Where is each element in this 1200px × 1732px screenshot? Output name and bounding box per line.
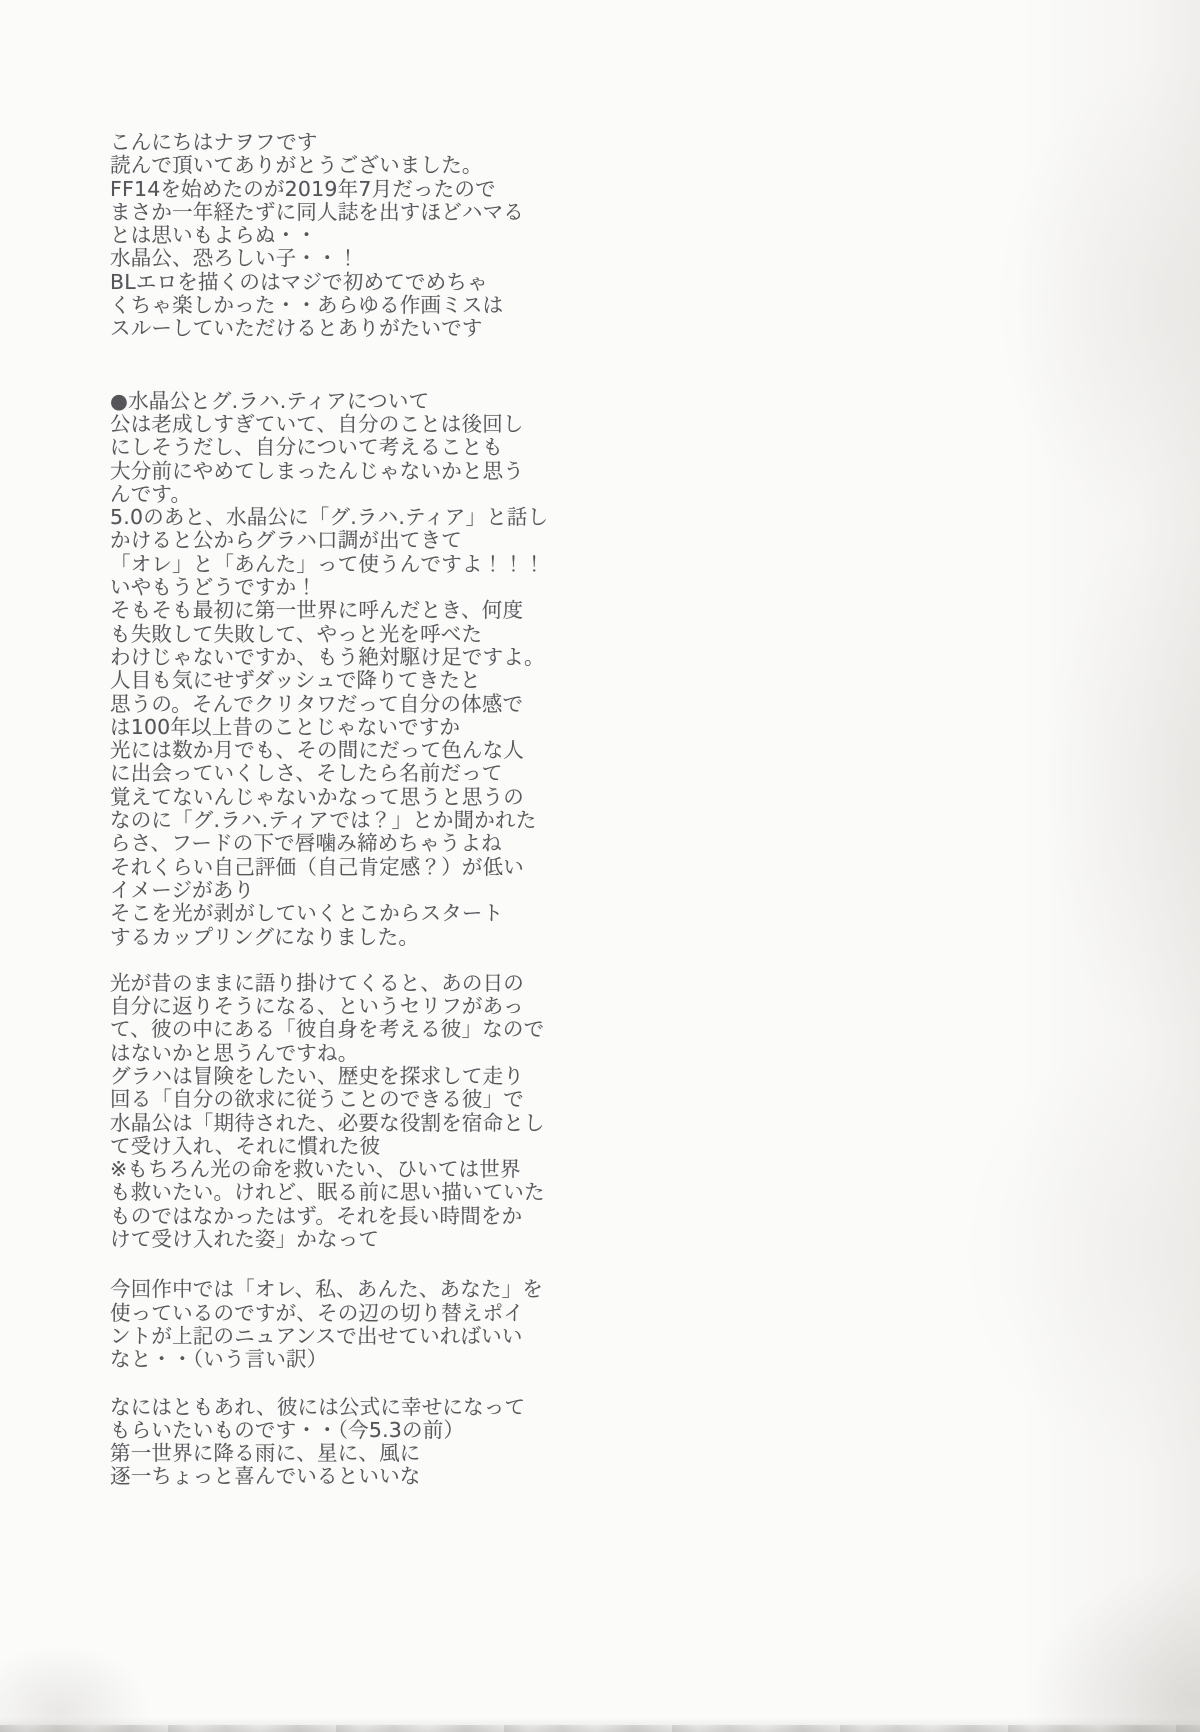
text-line: て受け入れ、それに慣れた彼	[110, 1135, 580, 1158]
text-line: なにはともあれ、彼には公式に幸せになって	[110, 1396, 580, 1419]
text-line: するカップリングになりました。	[110, 926, 580, 949]
text-line: 「オレ」と「あんた」って使うんですよ！！！	[110, 553, 580, 576]
text-line: 覚えてないんじゃないかなって思うと思うの	[110, 786, 580, 809]
text-line: かけると公からグラハ口調が出てきて	[110, 529, 580, 552]
text-line: そもそも最初に第一世界に呼んだとき、何度	[110, 599, 580, 622]
text-line: ※もちろん光の命を救いたい、ひいては世界	[110, 1158, 580, 1181]
text-line: にしそうだし、自分について考えることも	[110, 436, 580, 459]
text-line: なのに「グ.ラハ.ティアでは？」とか聞かれた	[110, 809, 580, 832]
text-line: らさ、フードの下で唇噛み締めちゃうよね	[110, 832, 580, 855]
text-line: とは思いもよらぬ・・	[110, 224, 580, 247]
paragraph: ●水晶公とグ.ラハ.ティアについて公は老成しすぎていて、自分のことは後回しにしそ…	[110, 390, 580, 949]
text-line: 今回作中では「オレ、私、あんた、あなた」を	[110, 1278, 580, 1301]
text-line: BLエロを描くのはマジで初めてでめちゃ	[110, 271, 580, 294]
text-line: 公は老成しすぎていて、自分のことは後回し	[110, 413, 580, 436]
text-line: 逐一ちょっと喜んでいるといいな	[110, 1465, 580, 1488]
text-line: くちゃ楽しかった・・あらゆる作画ミスは	[110, 294, 580, 317]
text-line: まさか一年経たずに同人誌を出すほどハマる	[110, 201, 580, 224]
text-line: 光が昔のままに語り掛けてくると、あの日の	[110, 972, 580, 995]
text-line: 光には数か月でも、その間にだって色んな人	[110, 739, 580, 762]
text-line: 水晶公、恐ろしい子・・！	[110, 247, 580, 270]
afterword-text: こんにちはナヲフです読んで頂いてありがとうございました。FF14を始めたのが20…	[110, 131, 580, 1489]
scan-edge	[0, 1714, 1200, 1732]
text-line: ●水晶公とグ.ラハ.ティアについて	[110, 390, 580, 413]
text-line: グラハは冒険をしたい、歴史を探求して走り	[110, 1065, 580, 1088]
text-line: そこを光が剥がしていくとこからスタート	[110, 902, 580, 925]
text-line: 人目も気にせずダッシュで降りてきたと	[110, 669, 580, 692]
text-line: いやもうどうですか！	[110, 576, 580, 599]
text-line: イメージがあり	[110, 879, 580, 902]
paragraph: なにはともあれ、彼には公式に幸せになってもらいたいものです・・（今5.3の前）第…	[110, 1396, 580, 1489]
text-line: それくらい自己評価（自己肯定感？）が低い	[110, 856, 580, 879]
text-line: もらいたいものです・・（今5.3の前）	[110, 1419, 580, 1442]
text-line: 使っているのですが、その辺の切り替えポイ	[110, 1302, 580, 1325]
text-line: て、彼の中にある「彼自身を考える彼」なので	[110, 1018, 580, 1041]
text-line: わけじゃないですか、もう絶対駆け足ですよ。	[110, 646, 580, 669]
text-line: はないかと思うんですね。	[110, 1042, 580, 1065]
text-line: ントが上記のニュアンスで出せていればいい	[110, 1325, 580, 1348]
text-line: けて受け入れた姿」かなって	[110, 1228, 580, 1251]
scanned-afterword-page: こんにちはナヲフです読んで頂いてありがとうございました。FF14を始めたのが20…	[0, 0, 1200, 1732]
text-line: FF14を始めたのが2019年7月だったので	[110, 178, 580, 201]
text-line: 水晶公は「期待された、必要な役割を宿命とし	[110, 1112, 580, 1135]
text-line: なと・・（いう言い訳）	[110, 1348, 580, 1371]
text-line: に出会っていくしさ、そしたら名前だって	[110, 762, 580, 785]
text-line: も失敗して失敗して、やっと光を呼べた	[110, 623, 580, 646]
text-line: も救いたい。けれど、眠る前に思い描いていた	[110, 1181, 580, 1204]
text-line: 自分に返りそうになる、というセリフがあっ	[110, 995, 580, 1018]
paragraph: 光が昔のままに語り掛けてくると、あの日の自分に返りそうになる、というセリフがあっ…	[110, 972, 580, 1252]
text-line: 回る「自分の欲求に従うことのできる彼」で	[110, 1088, 580, 1111]
text-line: 思うの。そんでクリタワだって自分の体感で	[110, 693, 580, 716]
text-line: 読んで頂いてありがとうございました。	[110, 154, 580, 177]
text-line: 大分前にやめてしまったんじゃないかと思う	[110, 460, 580, 483]
paragraph: 今回作中では「オレ、私、あんた、あなた」を使っているのですが、その辺の切り替えポ…	[110, 1278, 580, 1371]
text-line: スルーしていただけるとありがたいです	[110, 317, 580, 340]
text-line: 第一世界に降る雨に、星に、風に	[110, 1442, 580, 1465]
text-line: 5.0のあと、水晶公に「グ.ラハ.ティア」と話し	[110, 506, 580, 529]
text-line: こんにちはナヲフです	[110, 131, 580, 154]
text-line: んです。	[110, 483, 580, 506]
text-line: ものではなかったはず。それを長い時間をか	[110, 1205, 580, 1228]
paragraph: こんにちはナヲフです読んで頂いてありがとうございました。FF14を始めたのが20…	[110, 131, 580, 341]
text-line: は100年以上昔のことじゃないですか	[110, 716, 580, 739]
